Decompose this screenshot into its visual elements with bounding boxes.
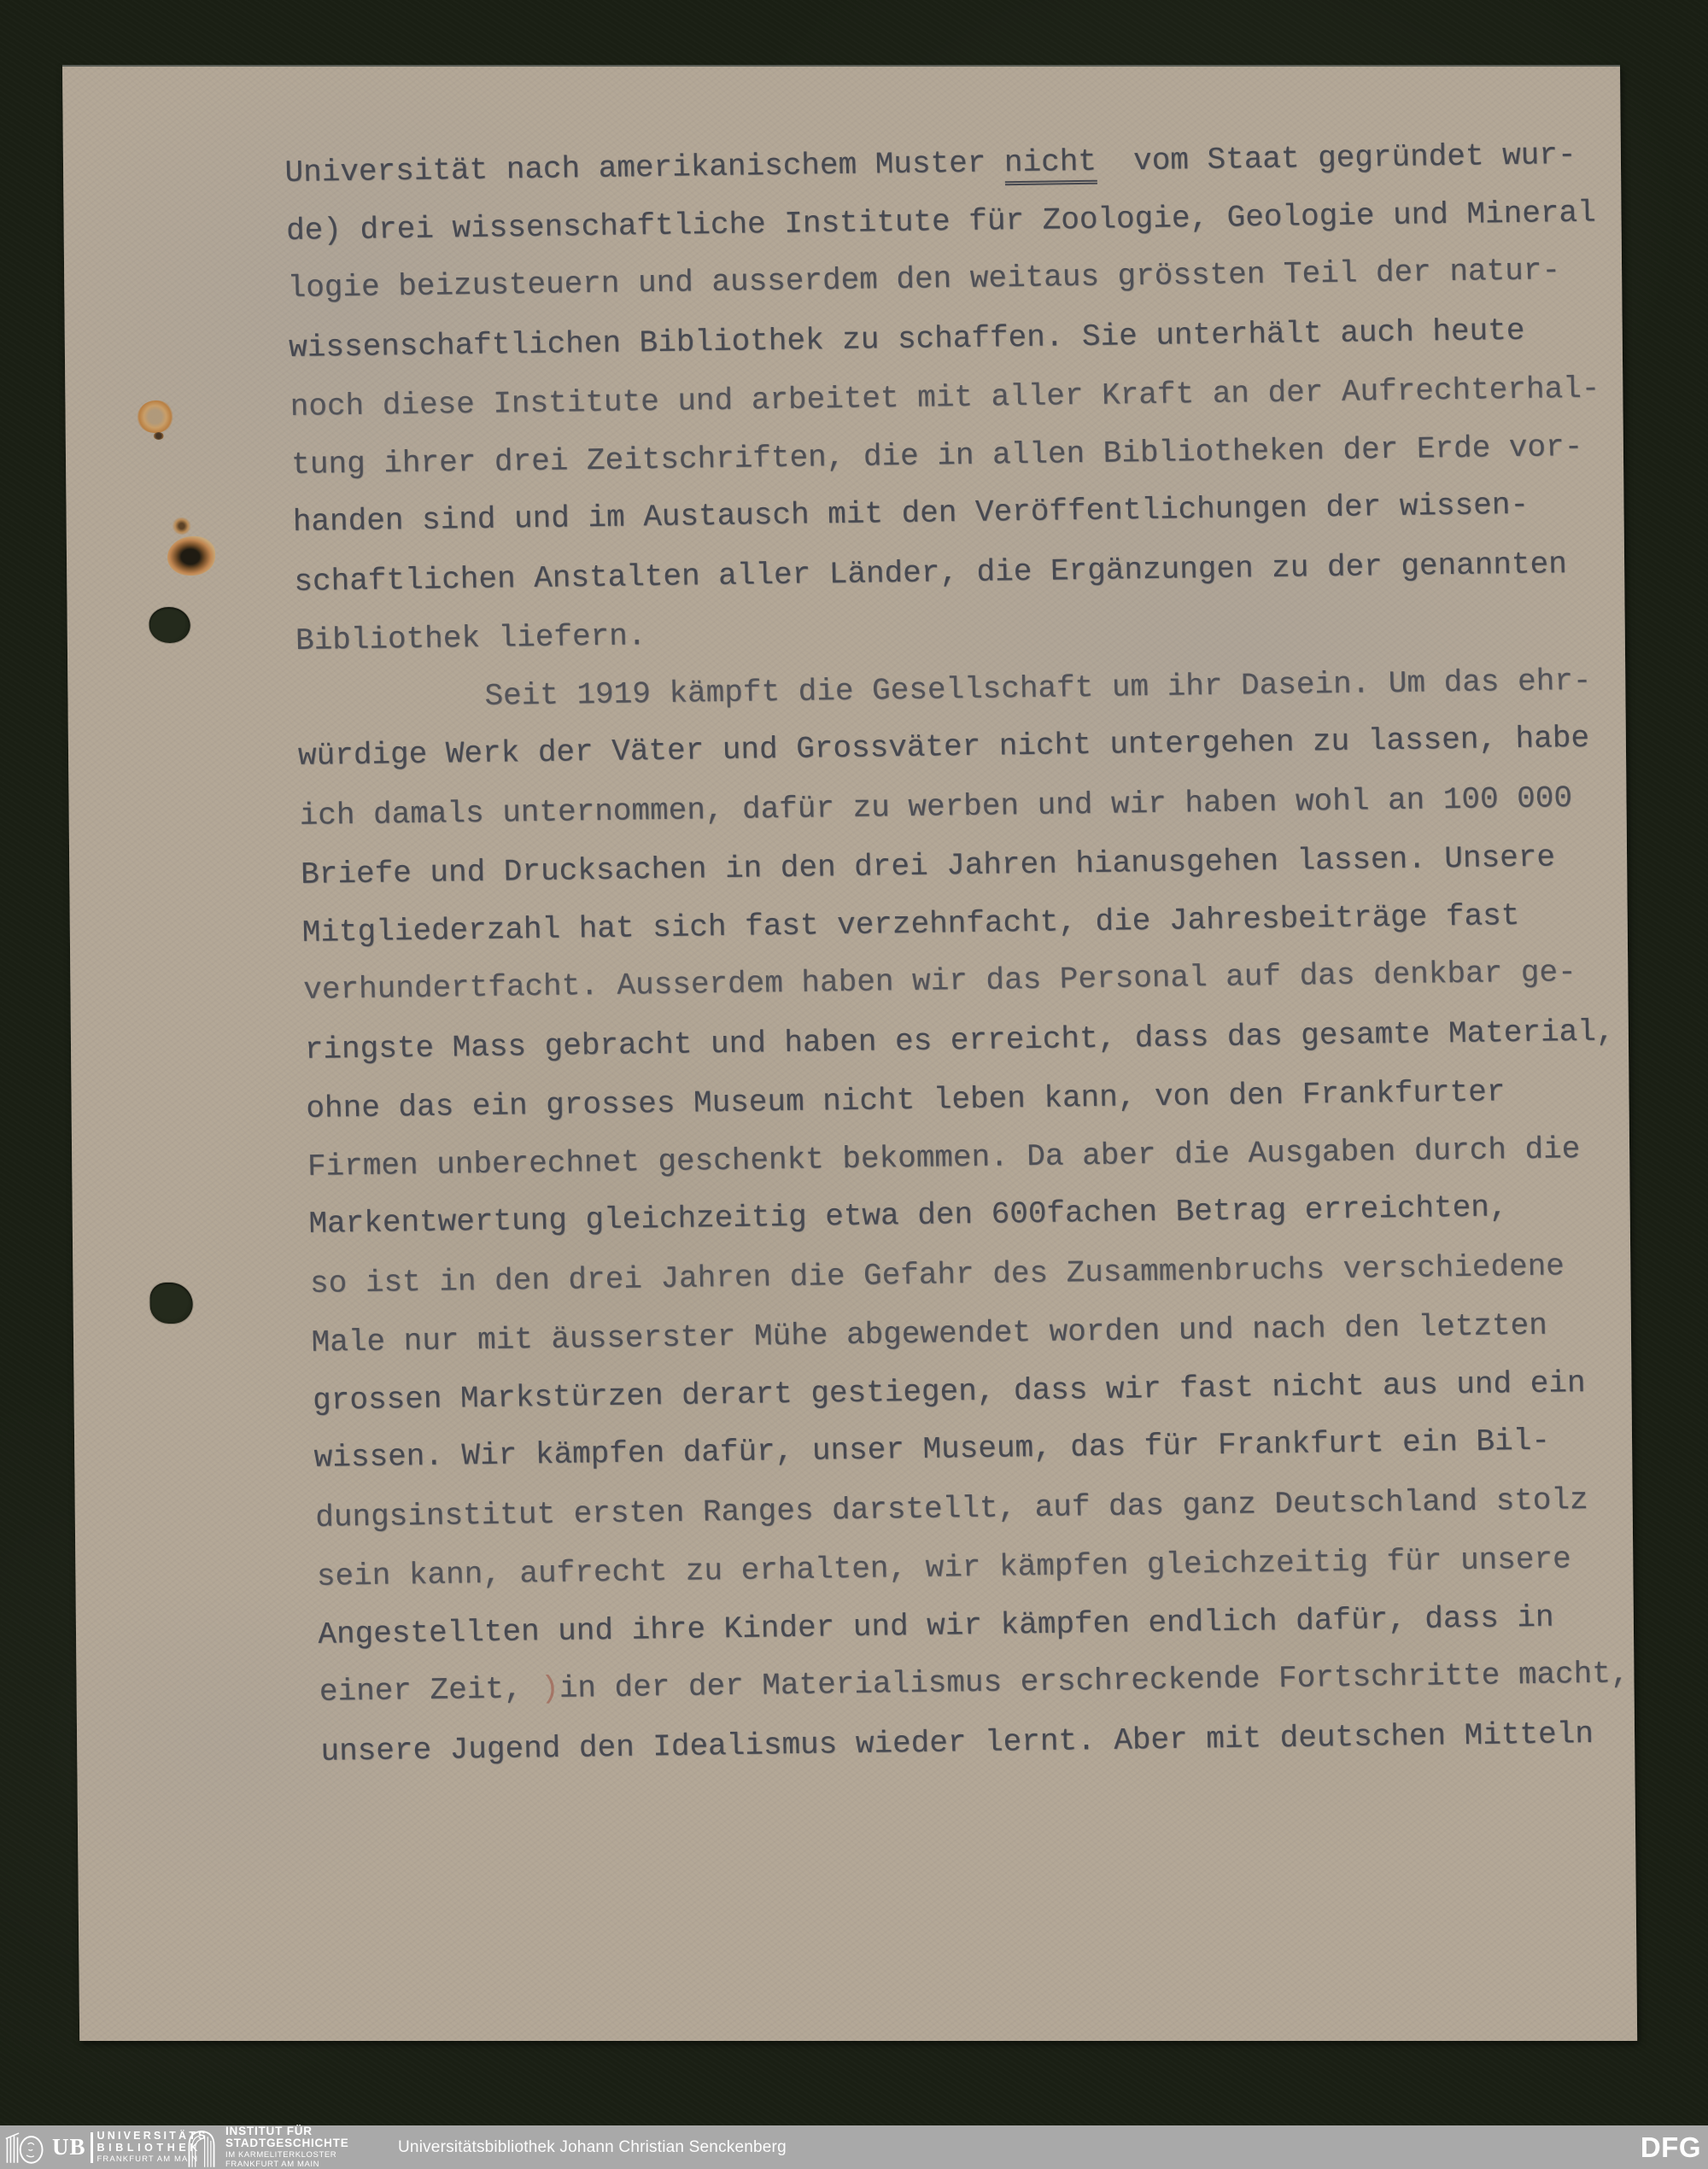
typed-text: ringste Mass gebracht und haben es errei… [304, 1014, 1614, 1067]
typed-text: logie beizusteuern und ausserdem den wei… [287, 253, 1560, 306]
burn-stain-large [167, 536, 215, 576]
typed-text: verhundertfacht. Ausserdem haben wir das… [303, 955, 1576, 1008]
typed-text: schaftlichen Anstalten aller Länder, die… [294, 547, 1567, 599]
typed-text: wissen. Wir kämpfen dafür, unser Museum,… [313, 1424, 1550, 1476]
ifs-text-line1: INSTITUT FÜR [225, 2125, 349, 2138]
ub-goethe-icon [5, 2128, 48, 2167]
typed-text: Briefe und Drucksachen in den drei Jahre… [301, 839, 1556, 892]
typed-text: Male nur mit äusserster Mühe abgewendet … [311, 1308, 1547, 1360]
ub-library-logo: UB UNIVERSITÄTS BIBLIOTHEK FRANKFURT AM … [5, 2128, 208, 2166]
typed-text: vom Staat gegründet wur- [1096, 137, 1576, 179]
typed-text: in der der Materialismus erschreckende F… [559, 1656, 1629, 1705]
typed-text: grossen Markstürzen derart gestiegen, da… [313, 1365, 1586, 1418]
typed-text: Markentwertung gleichzeitig etwa den 600… [308, 1190, 1508, 1242]
typed-text: tung ihrer drei Zeitschriften, die in al… [291, 429, 1583, 482]
typed-text: wissenschaftlichen Bibliothek zu schaffe… [289, 313, 1525, 365]
ifs-text-line2: STADTGESCHICHTE [225, 2137, 349, 2150]
typed-text: Bibliothek liefern. [295, 618, 646, 658]
typed-text: unsere Jugend den Idealismus wieder lern… [320, 1716, 1594, 1769]
typed-text: so ist in den drei Jahren die Gefahr des… [310, 1248, 1565, 1301]
institut-stadtgeschichte-logo: INSTITUT FÜR STADTGESCHICHTE IM KARMELIT… [184, 2127, 349, 2167]
library-name: Universitätsbibliothek Johann Christian … [398, 2125, 787, 2169]
typed-text: würdige Werk der Väter und Grossväter ni… [298, 721, 1590, 774]
ub-logo-divider [91, 2132, 93, 2163]
dfg-logo: DFG [1641, 2125, 1701, 2169]
ifs-text-line4: FRANKFURT AM MAIN [225, 2160, 349, 2169]
typed-text: Universität nach amerikanischem Muster [284, 145, 1004, 190]
typed-text: ohne das ein grosses Museum nicht leben … [306, 1074, 1506, 1126]
rust-stain-dot [154, 432, 164, 440]
karmeliterkloster-arch-icon [184, 2128, 219, 2167]
ifs-text-line3: IM KARMELITERKLOSTER [225, 2151, 349, 2160]
scanned-letter-page: Universität nach amerikanischem Muster n… [62, 67, 1637, 2041]
typed-text: ich damals unternommen, dafür zu werben … [299, 780, 1572, 833]
typescript: Universität nach amerikanischem Muster n… [284, 125, 1662, 1781]
punch-hole-bottom [149, 1283, 192, 1324]
typed-text: Seit 1919 kämpft die Gesellschaft um ihr… [484, 663, 1592, 713]
footer-bar: UB UNIVERSITÄTS BIBLIOTHEK FRANKFURT AM … [0, 2125, 1708, 2169]
typed-text: Firmen unberechnet geschenkt bekommen. D… [307, 1131, 1581, 1184]
typed-text: Mitgliederzahl hat sich fast verzehnfach… [301, 898, 1519, 950]
typed-text: handen sind und im Austausch mit den Ver… [292, 488, 1529, 540]
burn-stain-small [173, 517, 191, 535]
typed-text: Angestellten und ihre Kinder und wir käm… [318, 1599, 1554, 1652]
rust-stain [137, 400, 173, 433]
typed-text: noch diese Institute und arbeitet mit al… [290, 371, 1600, 424]
typed-text: ) [541, 1671, 560, 1706]
typed-text: sein kann, aufrecht zu erhalten, wir käm… [316, 1541, 1571, 1594]
typed-text: einer Zeit, [319, 1671, 541, 1710]
underlined-word: nicht [1003, 144, 1097, 186]
typed-text: de) drei wissenschaftliche Institute für… [286, 195, 1596, 248]
typed-text: dungsinstitut ersten Ranges darstellt, a… [315, 1482, 1588, 1535]
ub-abbr: UB [52, 2136, 86, 2159]
punch-hole-top [149, 607, 190, 643]
ifs-logo-text: INSTITUT FÜR STADTGESCHICHTE IM KARMELIT… [225, 2125, 349, 2169]
